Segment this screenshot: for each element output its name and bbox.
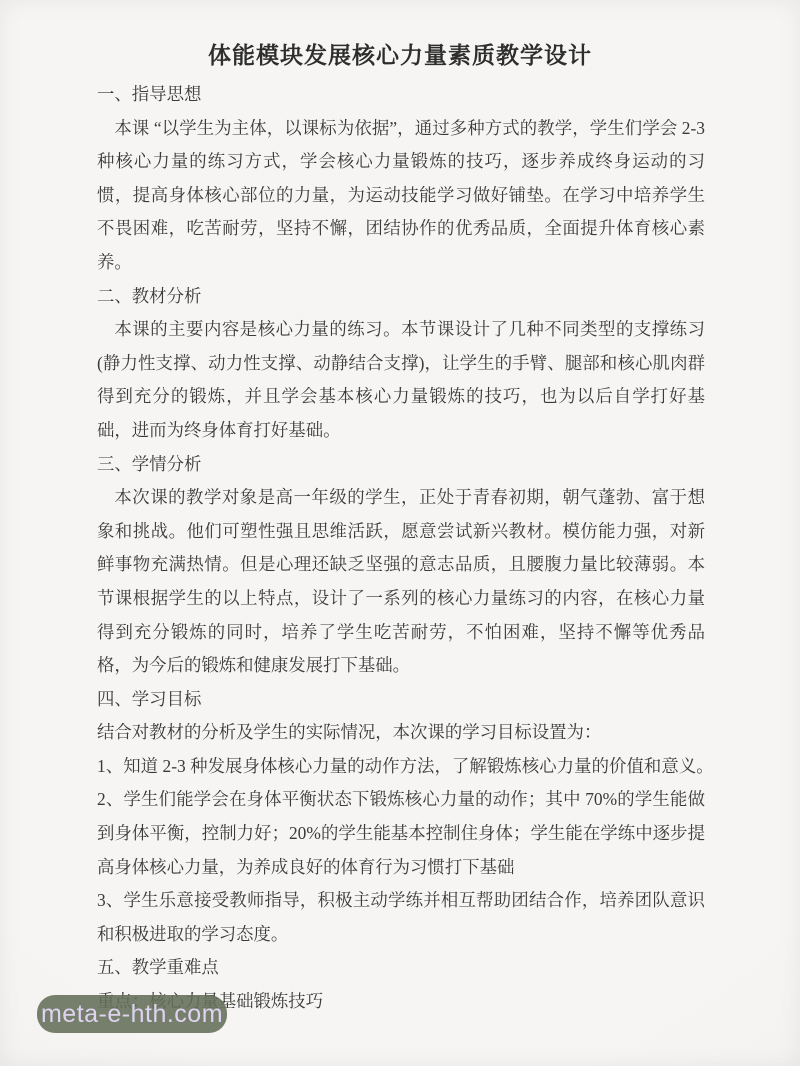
- paragraph: 本课的主要内容是核心力量的练习。本节课设计了几种不同类型的支撑练习(静力性支撑、…: [97, 313, 705, 447]
- paragraph: 结合对教材的分析及学生的实际情况，本次课的学习目标设置为：: [97, 716, 705, 750]
- document-title: 体能模块发展核心力量素质教学设计: [0, 40, 800, 70]
- section-heading-2: 二、教材分析: [97, 280, 705, 314]
- document-body: 一、指导思想 本课 “以学生为主体，以课标为依据”，通过多种方式的教学，学生们学…: [97, 78, 705, 1019]
- watermark-text: meta-e-hth.com: [41, 1000, 223, 1029]
- paragraph: 本课 “以学生为主体，以课标为依据”，通过多种方式的教学，学生们学会 2-3 种…: [97, 112, 705, 280]
- paragraph: 3、学生乐意接受教师指导，积极主动学练并相互帮助团结合作，培养团队意识和积极进取…: [97, 884, 705, 951]
- section-heading-4: 四、学习目标: [97, 683, 705, 717]
- paragraph: 1、知道 2-3 种发展身体核心力量的动作方法，了解锻炼核心力量的价值和意义。 …: [97, 750, 705, 884]
- document-page: 体能模块发展核心力量素质教学设计 一、指导思想 本课 “以学生为主体，以课标为依…: [0, 0, 800, 1066]
- section-heading-5: 五、教学重难点: [97, 951, 705, 985]
- paragraph: 本次课的教学对象是高一年级的学生，正处于青春初期，朝气蓬勃、富于想象和挑战。他们…: [97, 481, 705, 683]
- watermark-badge: meta-e-hth.com: [37, 995, 227, 1033]
- section-heading-1: 一、指导思想: [97, 78, 705, 112]
- section-heading-3: 三、学情分析: [97, 448, 705, 482]
